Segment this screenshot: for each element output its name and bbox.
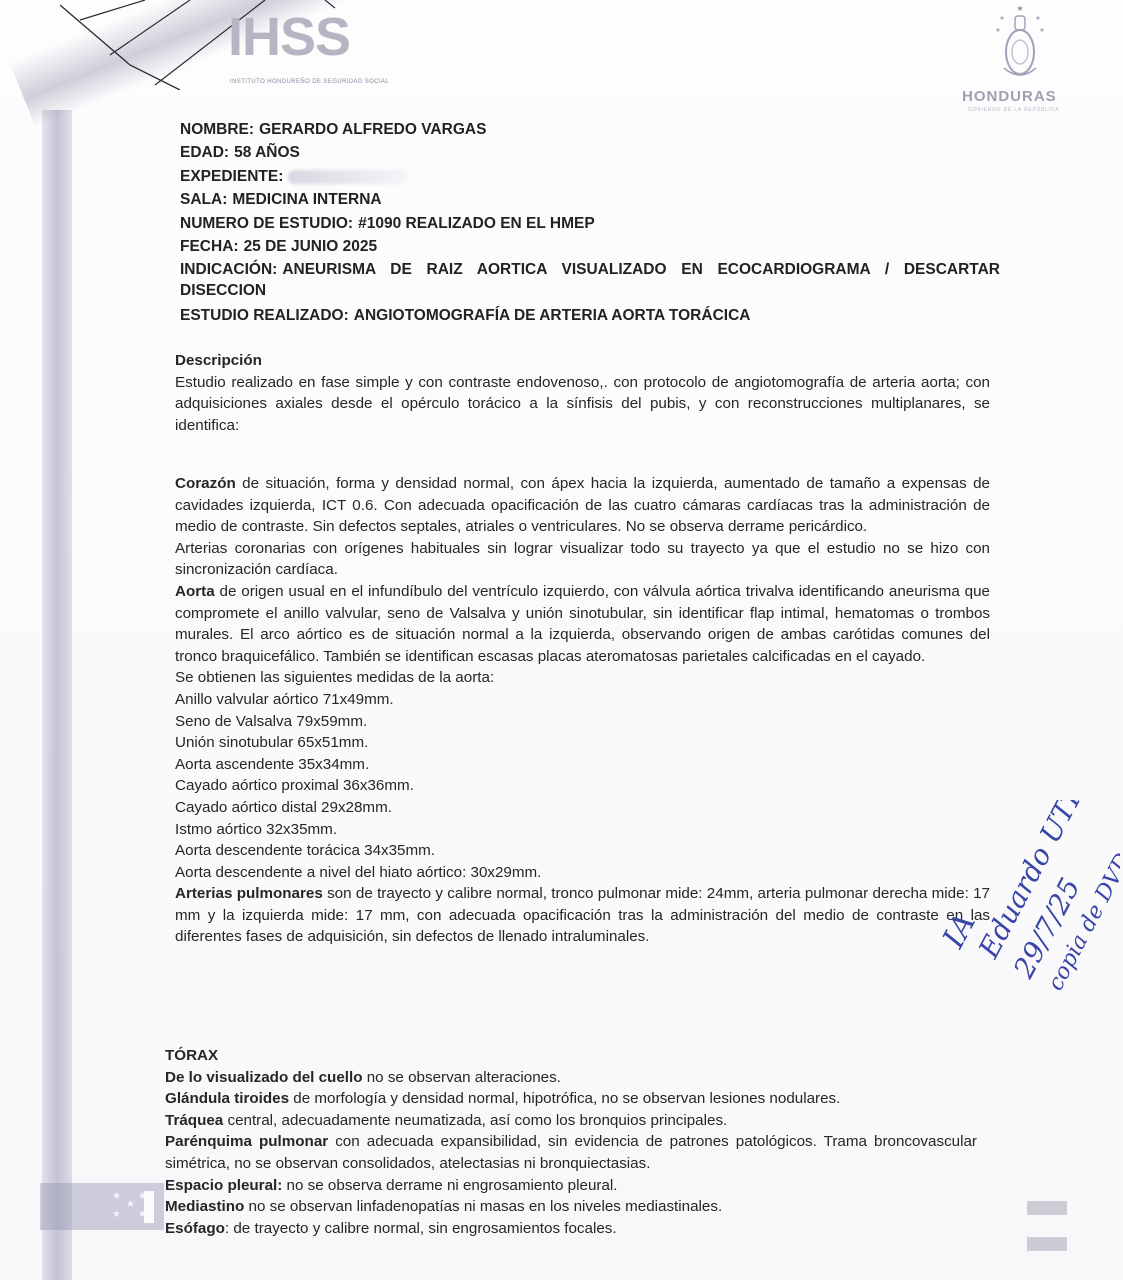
finding-text: : de trayecto y calibre normal, sin engr… bbox=[225, 1220, 617, 1237]
svg-text:★: ★ bbox=[1039, 27, 1044, 34]
measurement-item: Aorta descendente torácica 34x35mm. bbox=[175, 840, 990, 862]
findings-section: Corazón de situación, forma y densidad n… bbox=[175, 473, 990, 948]
field-nombre: NOMBRE:GERARDO ALFREDO VARGAS bbox=[180, 118, 1000, 141]
field-expediente: EXPEDIENTE: bbox=[180, 165, 1000, 188]
edad-value: 58 AÑOS bbox=[234, 144, 300, 161]
finding-text: no se observa derrame ni engrosamiento p… bbox=[282, 1177, 617, 1194]
finding-text: de morfología y densidad normal, hipotró… bbox=[289, 1090, 840, 1107]
coronarias-paragraph: Arterias coronarias con orígenes habitua… bbox=[175, 538, 990, 581]
estudio-label: ESTUDIO REALIZADO: bbox=[180, 307, 349, 324]
finding-heading: Glándula tiroides bbox=[165, 1090, 289, 1107]
torax-finding: Espacio pleural: no se observa derrame n… bbox=[165, 1175, 977, 1197]
corazon-paragraph: Corazón de situación, forma y densidad n… bbox=[175, 473, 990, 538]
measurement-item: Aorta ascendente 35x34mm. bbox=[175, 754, 990, 776]
torax-finding: Glándula tiroides de morfología y densid… bbox=[165, 1088, 977, 1110]
torax-findings-list: De lo visualizado del cuello no se obser… bbox=[165, 1067, 977, 1240]
svg-text:★: ★ bbox=[1035, 15, 1040, 22]
finding-text: no se observan linfadenopatías ni masas … bbox=[244, 1198, 722, 1215]
finding-heading: Mediastino bbox=[165, 1198, 244, 1215]
aorta-text: de origen usual en el infundíbulo del ve… bbox=[175, 583, 990, 665]
finding-heading: Esófago bbox=[165, 1220, 225, 1237]
scanned-page: IHSS INSTITUTO HONDUREÑO DE SEGURIDAD SO… bbox=[0, 0, 1123, 1280]
indicacion-value: ANEURISMA DE RAIZ AORTICA VISUALIZADO EN… bbox=[180, 261, 1000, 299]
corazon-text: de situación, forma y densidad normal, c… bbox=[175, 475, 990, 535]
fecha-value: 25 DE JUNIO 2025 bbox=[244, 238, 378, 255]
aorta-measurements-list: Anillo valvular aórtico 71x49mm.Seno de … bbox=[175, 689, 990, 883]
estudio-value: ANGIOTOMOGRAFÍA DE ARTERIA AORTA TORÁCIC… bbox=[354, 307, 751, 324]
scan-mark-1 bbox=[1027, 1201, 1067, 1215]
measurement-item: Cayado aórtico distal 29x28mm. bbox=[175, 797, 990, 819]
finding-text: central, adecuadamente neumatizada, así … bbox=[223, 1112, 727, 1129]
medidas-intro: Se obtienen las siguientes medidas de la… bbox=[175, 667, 990, 689]
measurement-item: Aorta descendente a nivel del hiato aórt… bbox=[175, 862, 990, 884]
field-edad: EDAD:58 AÑOS bbox=[180, 141, 1000, 164]
torax-finding: Esófago: de trayecto y calibre normal, s… bbox=[165, 1218, 977, 1240]
measurement-item: Unión sinotubular 65x51mm. bbox=[175, 732, 990, 754]
field-sala: SALA:MEDICINA INTERNA bbox=[180, 188, 1000, 211]
scan-mark-2 bbox=[1027, 1237, 1067, 1251]
indicacion-label: INDICACIÓN: bbox=[180, 261, 277, 278]
field-fecha: FECHA:25 DE JUNIO 2025 bbox=[180, 235, 1000, 258]
expediente-label: EXPEDIENTE: bbox=[180, 168, 283, 185]
measurement-item: Seno de Valsalva 79x59mm. bbox=[175, 711, 990, 733]
ihss-logo-subtitle: INSTITUTO HONDUREÑO DE SEGURIDAD SOCIAL bbox=[230, 79, 389, 85]
honduras-coat-of-arms-icon: ★ ★ ★ ★ ★ bbox=[990, 2, 1050, 82]
field-indicacion: INDICACIÓN:ANEURISMA DE RAIZ AORTICA VIS… bbox=[180, 259, 1000, 301]
torax-section: TÓRAX De lo visualizado del cuello no se… bbox=[165, 1045, 977, 1239]
nombre-value: GERARDO ALFREDO VARGAS bbox=[259, 121, 486, 138]
fecha-label: FECHA: bbox=[180, 238, 239, 255]
svg-text:★: ★ bbox=[999, 15, 1004, 22]
aorta-heading: Aorta bbox=[175, 583, 215, 600]
descripcion-section: Descripción Estudio realizado en fase si… bbox=[175, 350, 990, 436]
sala-value: MEDICINA INTERNA bbox=[232, 191, 381, 208]
torax-finding: Mediastino no se observan linfadenopatía… bbox=[165, 1196, 977, 1218]
finding-heading: Parénquima pulmonar bbox=[165, 1133, 328, 1150]
honduras-wordmark: HONDURAS bbox=[962, 88, 1057, 105]
torax-finding: De lo visualizado del cuello no se obser… bbox=[165, 1067, 977, 1089]
field-estudio-realizado: ESTUDIO REALIZADO:ANGIOTOMOGRAFÍA DE ART… bbox=[180, 304, 1000, 327]
finding-heading: De lo visualizado del cuello bbox=[165, 1069, 363, 1086]
field-numero-estudio: NUMERO DE ESTUDIO:#1090 REALIZADO EN EL … bbox=[180, 212, 1000, 235]
aorta-paragraph: Aorta de origen usual en el infundíbulo … bbox=[175, 581, 990, 667]
scan-edge-band bbox=[42, 110, 72, 1280]
svg-text:★: ★ bbox=[1016, 4, 1023, 13]
measurement-item: Cayado aórtico proximal 36x36mm. bbox=[175, 775, 990, 797]
torax-finding: Parénquima pulmonar con adecuada expansi… bbox=[165, 1131, 977, 1174]
numero-estudio-value: #1090 REALIZADO EN EL HMEP bbox=[358, 215, 595, 232]
nombre-label: NOMBRE: bbox=[180, 121, 254, 138]
honduras-flag-watermark: ★ ★ ★ ★ ★ bbox=[40, 1183, 164, 1230]
numero-estudio-label: NUMERO DE ESTUDIO: bbox=[180, 215, 353, 232]
measurement-item: Anillo valvular aórtico 71x49mm. bbox=[175, 689, 990, 711]
measurement-item: Istmo aórtico 32x35mm. bbox=[175, 819, 990, 841]
descripcion-intro: Estudio realizado en fase simple y con c… bbox=[175, 372, 990, 437]
finding-text: no se observan alteraciones. bbox=[363, 1069, 561, 1086]
finding-heading: Tráquea bbox=[165, 1112, 223, 1129]
finding-heading: Espacio pleural: bbox=[165, 1177, 282, 1194]
expediente-redacted-value bbox=[288, 170, 408, 184]
edad-label: EDAD: bbox=[180, 144, 229, 161]
svg-text:★: ★ bbox=[995, 27, 1000, 34]
torax-title: TÓRAX bbox=[165, 1045, 977, 1067]
ihss-logo: IHSS bbox=[228, 10, 350, 64]
corazon-heading: Corazón bbox=[175, 475, 236, 492]
honduras-subtitle: GOBIERNO DE LA REPÚBLICA bbox=[968, 107, 1059, 113]
patient-header: NOMBRE:GERARDO ALFREDO VARGAS EDAD:58 AÑ… bbox=[180, 118, 1000, 328]
torax-finding: Tráquea central, adecuadamente neumatiza… bbox=[165, 1110, 977, 1132]
descripcion-title: Descripción bbox=[175, 350, 990, 372]
handwritten-signature: IA Eduardo UTK 29/7/25 copia de DVD bbox=[930, 800, 1120, 1000]
sala-label: SALA: bbox=[180, 191, 227, 208]
pulmonares-paragraph: Arterias pulmonares son de trayecto y ca… bbox=[175, 883, 990, 948]
pulmonares-heading: Arterias pulmonares bbox=[175, 885, 323, 902]
